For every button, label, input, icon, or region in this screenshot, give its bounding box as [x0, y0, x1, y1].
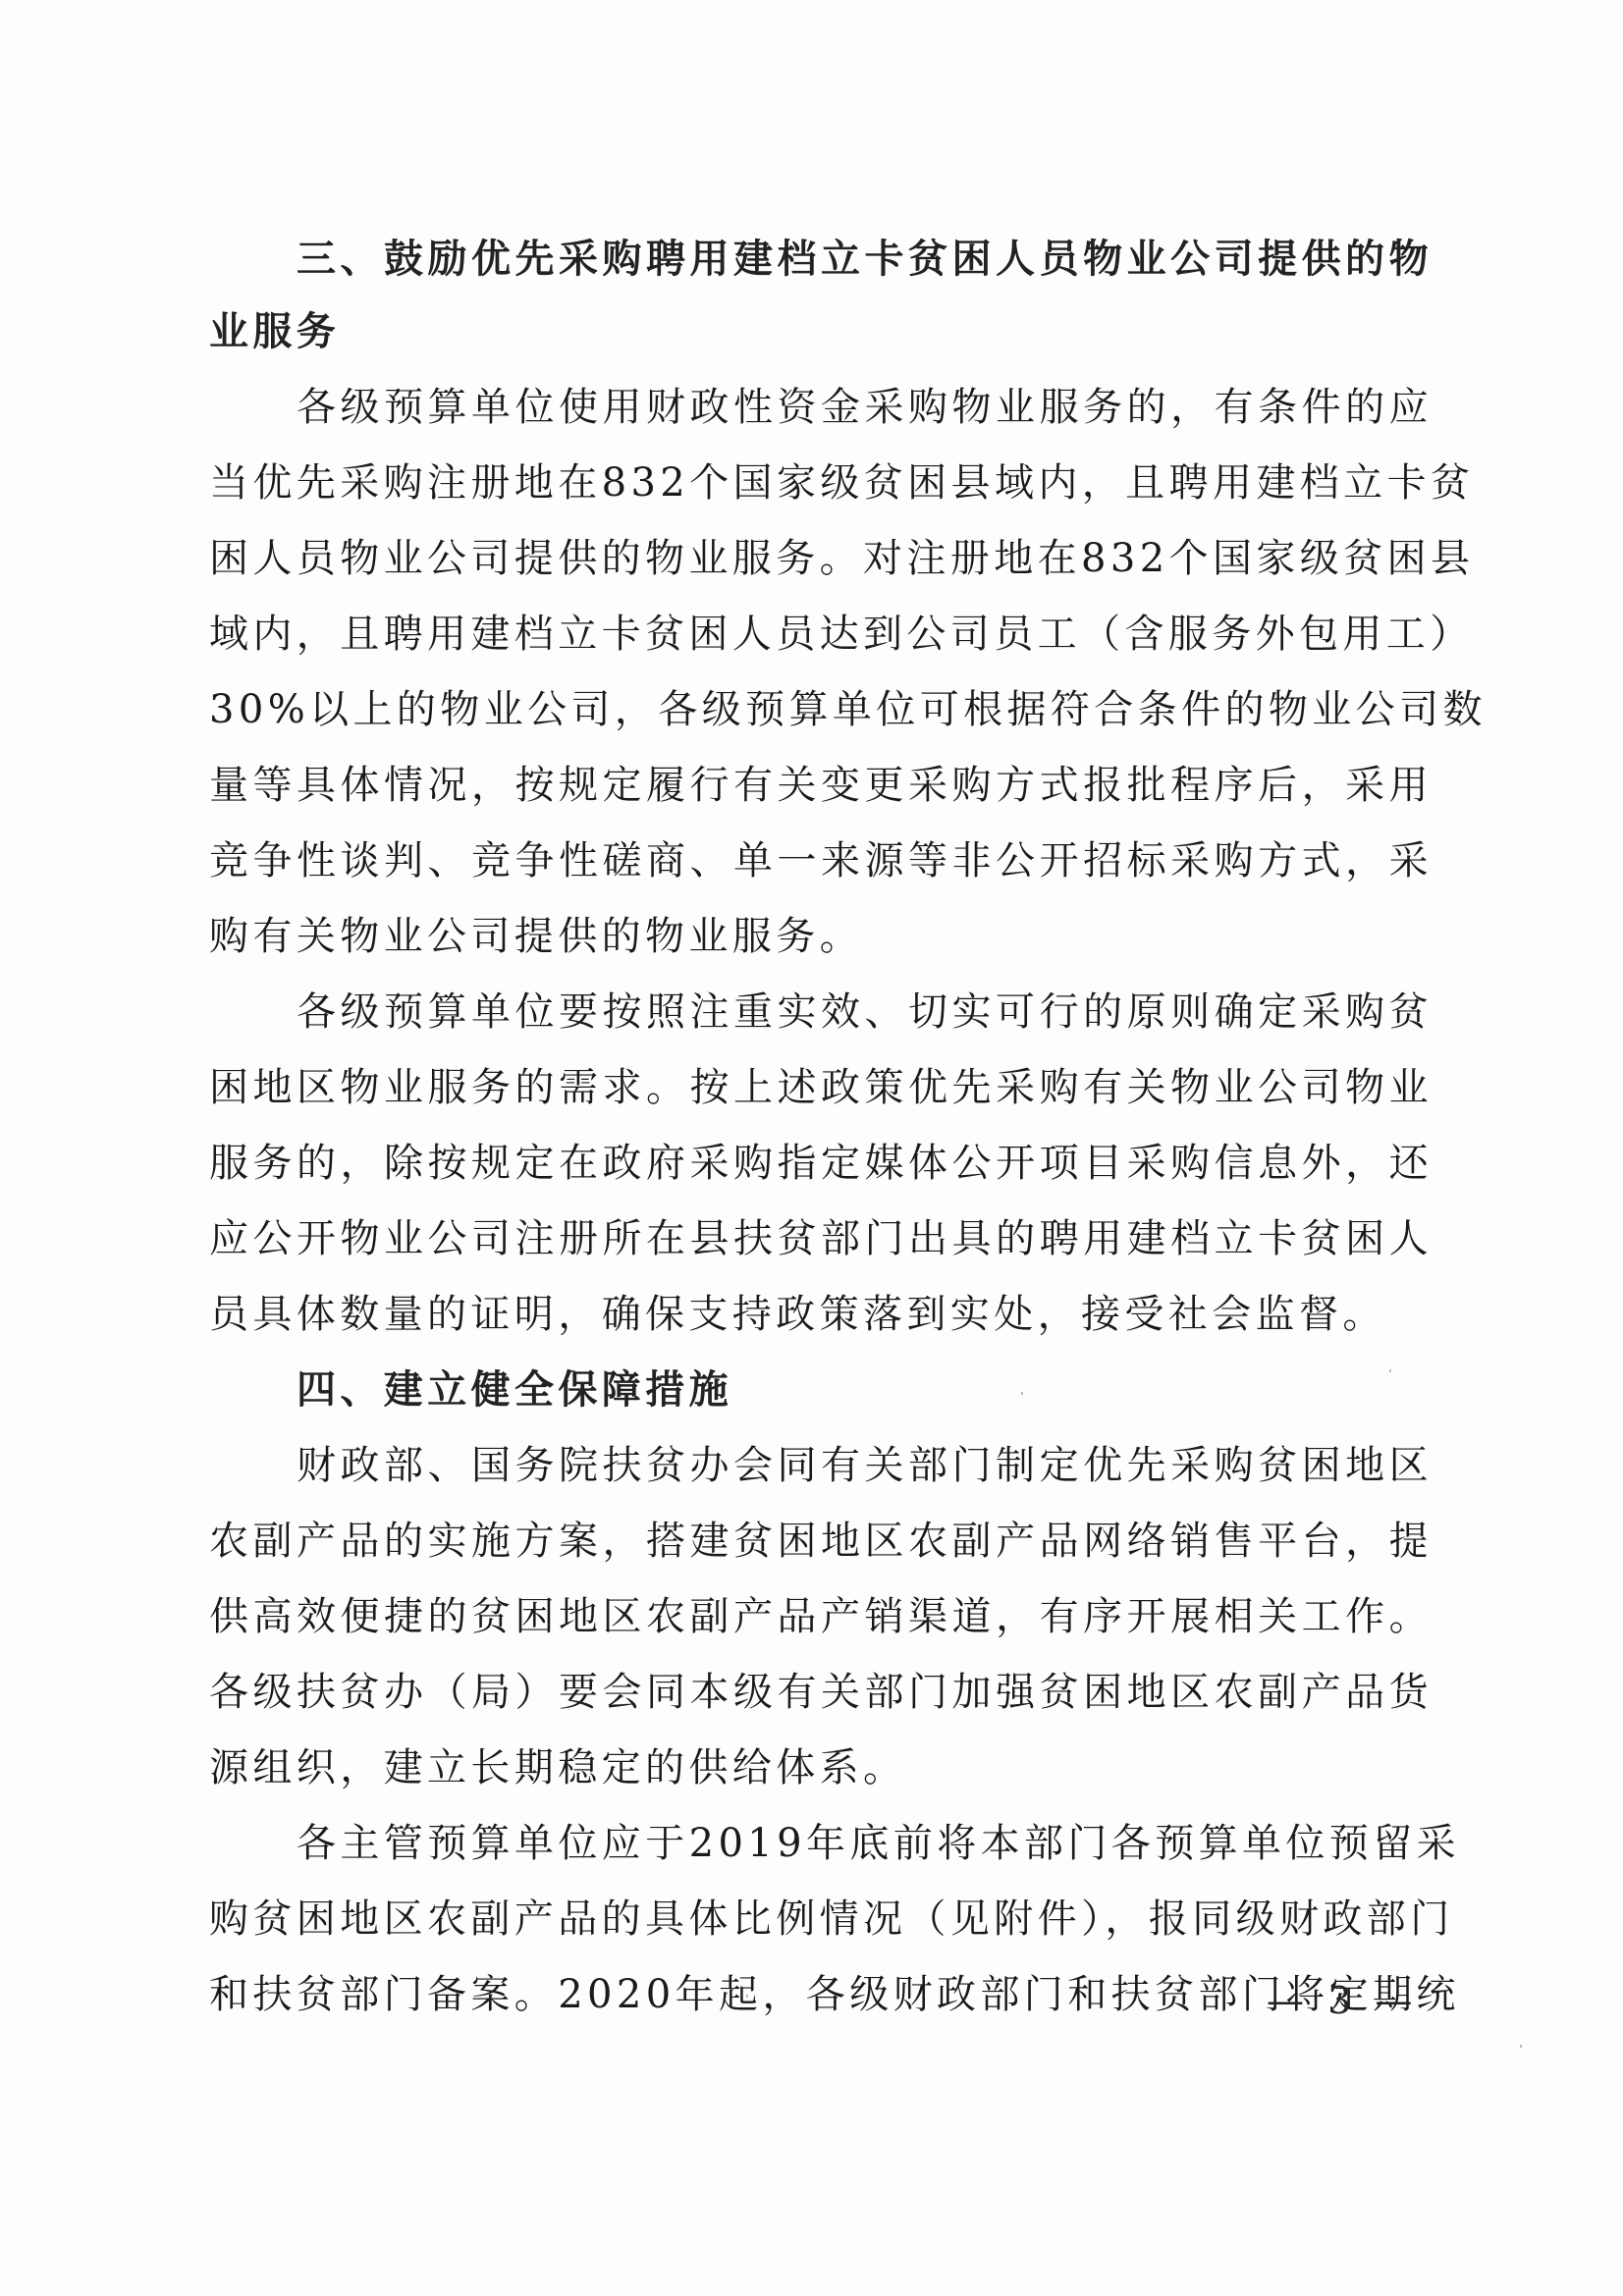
scan-speck	[1520, 2045, 1522, 2048]
paragraph-line: 各级扶贫办（局）要会同本级有关部门加强贫困地区农副产品货	[209, 1655, 1433, 1731]
paragraph-line: 员具体数量的证明，确保支持政策落到实处，接受社会监督。	[209, 1277, 1433, 1353]
paragraph-line: 供高效便捷的贫困地区农副产品产销渠道，有序开展相关工作。	[209, 1579, 1433, 1655]
paragraph-line: 困人员物业公司提供的物业服务。对注册地在832个国家级贫困县	[209, 521, 1433, 597]
paragraph-line: 当优先采购注册地在832个国家级贫困县域内，且聘用建档立卡贫	[209, 446, 1433, 521]
paragraph-line: 困地区物业服务的需求。按上述政策优先采购有关物业公司物业	[209, 1050, 1433, 1126]
paragraph-line: 购有关物业公司提供的物业服务。	[209, 899, 1433, 975]
paragraph-line: 和扶贫部门备案。2020年起，各级财政部门和扶贫部门将定期统	[209, 1957, 1433, 2033]
paragraph-line: 农副产品的实施方案，搭建贫困地区农副产品网络销售平台，提	[209, 1504, 1433, 1579]
paragraph-line: 30%以上的物业公司，各级预算单位可根据符合条件的物业公司数	[209, 672, 1433, 748]
scan-speck	[1021, 1392, 1023, 1395]
paragraph-line: 各级预算单位使用财政性资金采购物业服务的，有条件的应	[209, 370, 1433, 446]
paragraph-line: 域内，且聘用建档立卡贫困人员达到公司员工（含服务外包用工）	[209, 597, 1433, 672]
paragraph-line: 量等具体情况，按规定履行有关变更采购方式报批程序后，采用	[209, 748, 1433, 824]
paragraph-line: 各级预算单位要按照注重实效、切实可行的原则确定采购贫	[209, 975, 1433, 1050]
scan-speck	[746, 1995, 748, 1998]
paragraph-line: 购贫困地区农副产品的具体比例情况（见附件），报同级财政部门	[209, 1882, 1433, 1957]
scan-speck	[1389, 1369, 1391, 1372]
page-number: — 3 —	[1267, 1979, 1418, 2022]
paragraph-line: 各主管预算单位应于2019年底前将本部门各预算单位预留采	[209, 1806, 1433, 1882]
paragraph-line: 竞争性谈判、竞争性磋商、单一来源等非公开招标采购方式，采	[209, 824, 1433, 899]
paragraph-line: 财政部、国务院扶贫办会同有关部门制定优先采购贫困地区	[209, 1428, 1433, 1504]
paragraph-line: 应公开物业公司注册所在县扶贫部门出具的聘用建档立卡贫困人	[209, 1201, 1433, 1277]
section-heading-line: 三、鼓励优先采购聘用建档立卡贫困人员物业公司提供的物	[209, 224, 1433, 294]
section-heading-line: 四、建立健全保障措施	[209, 1353, 1433, 1428]
paragraph-line: 源组织，建立长期稳定的供给体系。	[209, 1731, 1433, 1806]
document-page: 三、鼓励优先采购聘用建档立卡贫困人员物业公司提供的物 业服务 各级预算单位使用财…	[209, 224, 1433, 2033]
section-heading-line: 业服务	[209, 294, 1433, 370]
paragraph-line: 服务的，除按规定在政府采购指定媒体公开项目采购信息外，还	[209, 1126, 1433, 1201]
